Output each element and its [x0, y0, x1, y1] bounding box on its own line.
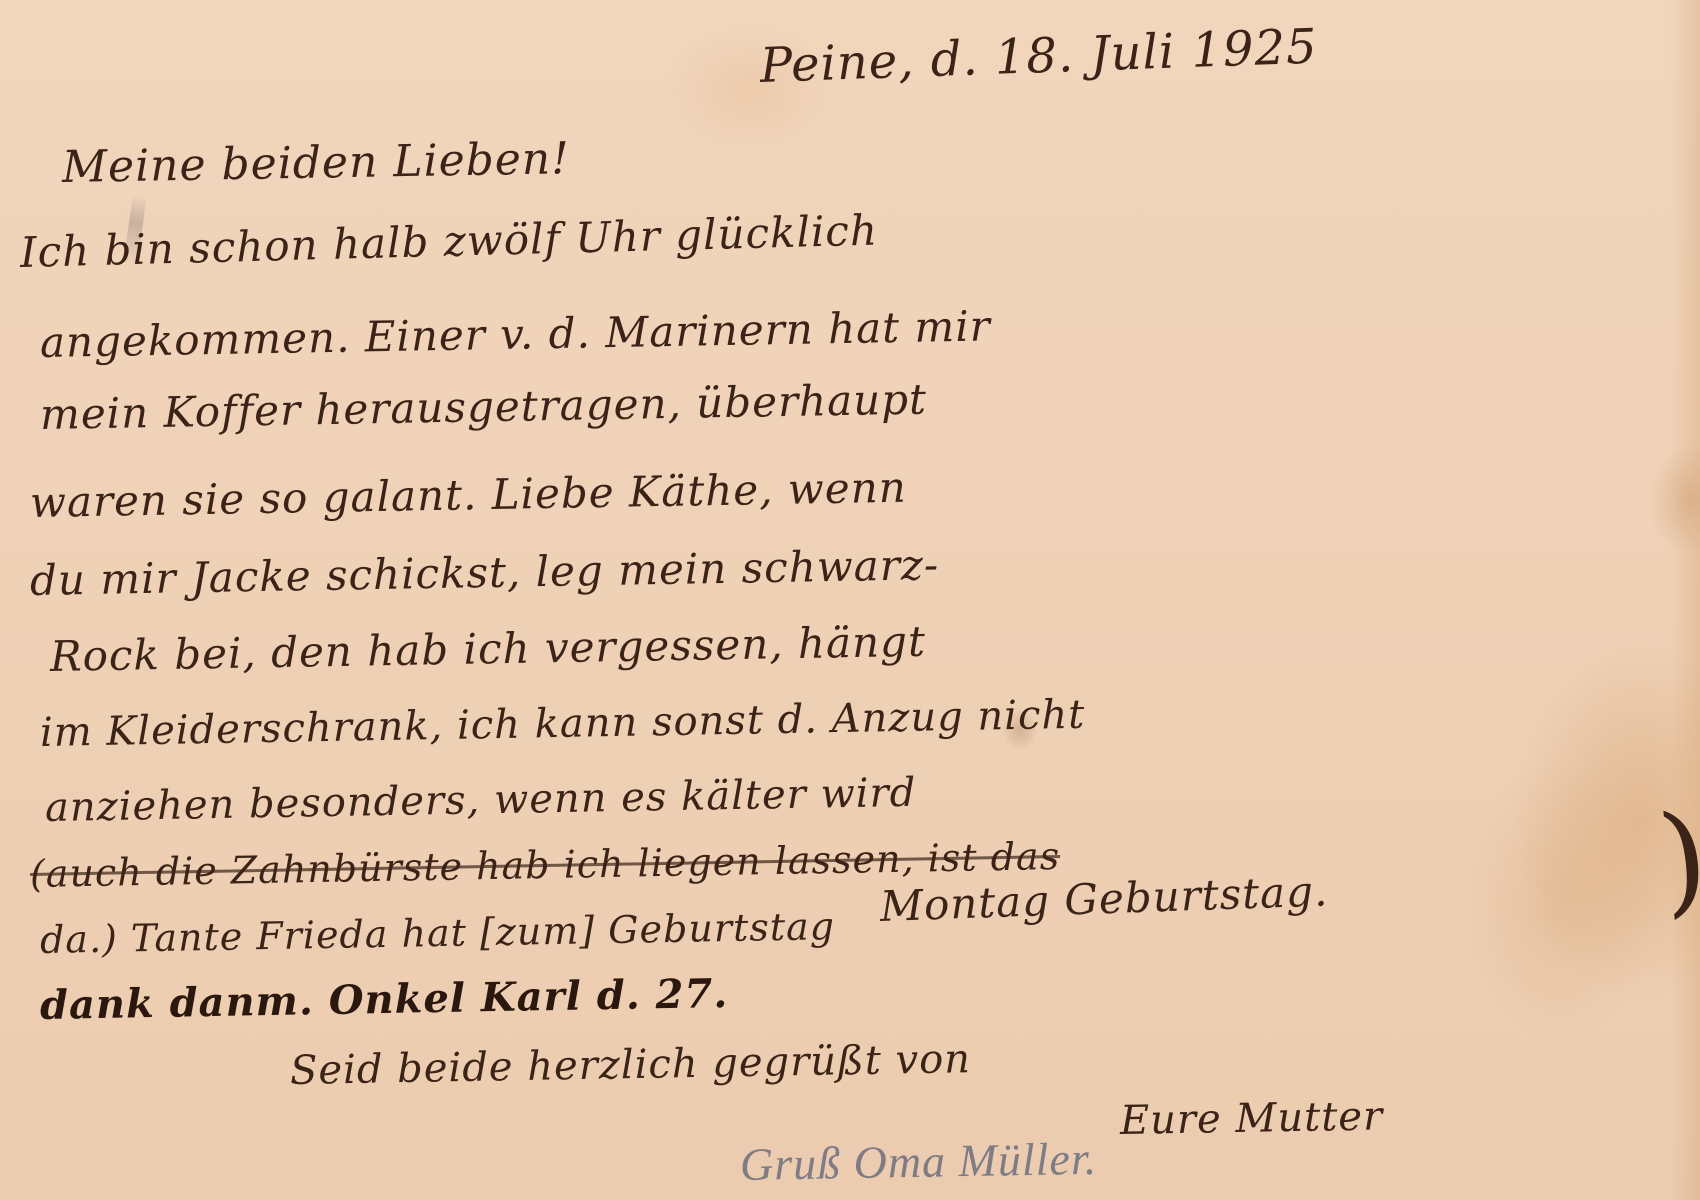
signature: Eure Mutter — [1120, 1093, 1384, 1144]
salutation: Meine beiden Lieben! — [62, 133, 571, 193]
pencil-note: Gruß Oma Müller. — [740, 1132, 1098, 1191]
paper-edge-stain — [1670, 0, 1700, 1200]
